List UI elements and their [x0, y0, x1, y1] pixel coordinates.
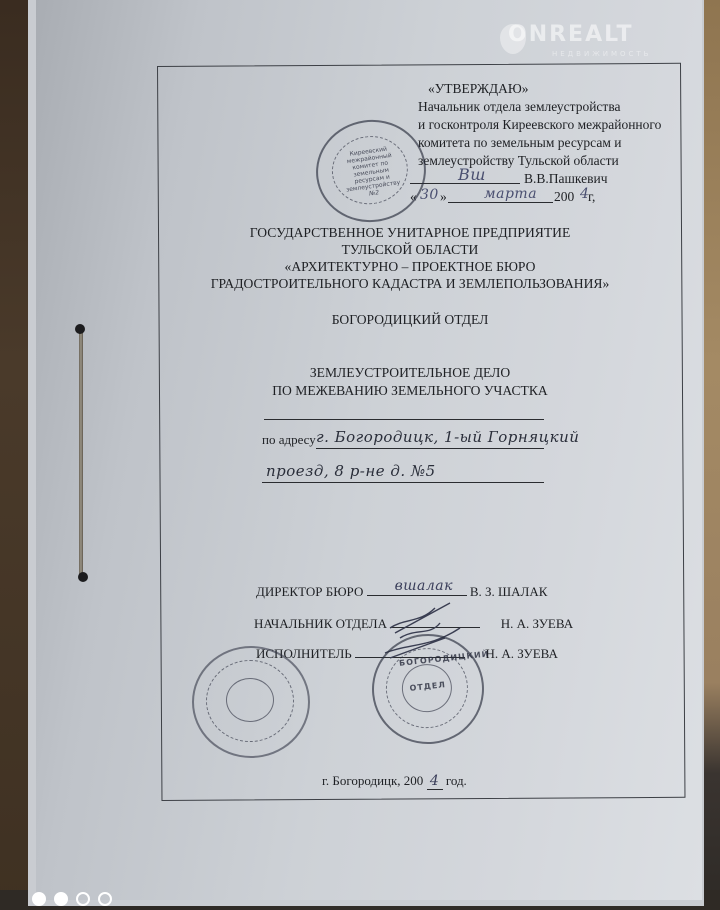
signature-role: НАЧАЛЬНИК ОТДЕЛА [254, 616, 387, 631]
stamp-bottom-left-center [226, 678, 274, 722]
approval-date-line: « 30 » марта 200 4 г, [418, 188, 661, 206]
org-line: ГРАДОСТРОИТЕЛЬНОГО КАДАСТРА И ЗЕМЛЕПОЛЬЗ… [190, 275, 630, 292]
approval-line: комитета по земельным ресурсам и [418, 134, 661, 152]
approval-signature-line: Вш В.В.Пашкевич [418, 170, 661, 188]
approval-line: землеустройству Тульской области [418, 152, 661, 170]
address-rule-2 [262, 482, 544, 483]
binding-hole-top [75, 324, 85, 334]
carousel-dot-3[interactable] [76, 892, 90, 906]
signature-name: Н. А. ЗУЕВА [486, 646, 558, 661]
address-handwritten-line1: г. Богородицк, 1-ый Горняцкий [316, 428, 579, 446]
approval-block: «УТВЕРЖДАЮ» Начальник отдела землеустрой… [418, 80, 661, 206]
address-handwritten-line2: проезд, 8 р-не д. №5 [266, 462, 436, 480]
address-label: по адресу [262, 432, 316, 448]
signature-role: ДИРЕКТОР БЮРО [256, 584, 363, 599]
date-year-prefix: 200 [554, 188, 574, 206]
signature-handwritten: вшалак [395, 578, 453, 594]
signature-name: В. З. ШАЛАК [470, 584, 548, 599]
org-line: «АРХИТЕКТУРНО – ПРОЕКТНОЕ БЮРО [190, 258, 630, 275]
address-rule-1 [316, 448, 544, 449]
binding-hole-bottom [78, 572, 88, 582]
date-quote-close: » [440, 188, 447, 206]
binding-string [79, 328, 83, 578]
date-day: 30 [420, 186, 439, 204]
blank-rule [264, 419, 544, 420]
watermark-brand: ONREALT [508, 22, 634, 47]
document-footer: г. Богородицк, 200 4 год. [322, 773, 467, 790]
carousel-dot-4[interactable] [98, 892, 112, 906]
stamp-top-text: Киреевский межрайонный комитет по земель… [333, 143, 409, 201]
approval-heading: «УТВЕРЖДАЮ» [418, 80, 661, 98]
stamp-bottom-left [192, 646, 310, 758]
footer-year: 4 [427, 773, 443, 790]
carousel-dot-1[interactable] [32, 892, 46, 906]
footer-prefix: г. Богородицк, 200 [322, 773, 423, 788]
approval-handwritten-signature: Вш [458, 166, 486, 184]
case-title-line: ЗЕМЛЕУСТРОИТЕЛЬНОЕ ДЕЛО [190, 364, 630, 382]
footer-suffix: год. [446, 773, 467, 788]
signature-underline: вшалак [367, 583, 467, 596]
org-line: ТУЛЬСКОЙ ОБЛАСТИ [190, 241, 630, 258]
watermark-subtitle: НЕДВИЖИМОСТЬ [552, 50, 652, 58]
case-title-line: ПО МЕЖЕВАНИЮ ЗЕМЕЛЬНОГО УЧАСТКА [190, 382, 630, 400]
carousel-pagination [32, 892, 112, 906]
signature-name: Н. А. ЗУЕВА [501, 616, 573, 631]
carousel-dot-2[interactable] [54, 892, 68, 906]
department-title: БОГОРОДИЦКИЙ ОТДЕЛ [190, 312, 630, 328]
approval-line: Начальник отдела землеустройства [418, 98, 661, 116]
case-title: ЗЕМЛЕУСТРОИТЕЛЬНОЕ ДЕЛО ПО МЕЖЕВАНИЮ ЗЕМ… [190, 364, 630, 400]
organization-header: ГОСУДАРСТВЕННОЕ УНИТАРНОЕ ПРЕДПРИЯТИЕ ТУ… [190, 224, 630, 292]
date-month: марта [484, 185, 537, 203]
approval-line: и госконтроля Киреевского межрайонного [418, 116, 661, 134]
org-line: ГОСУДАРСТВЕННОЕ УНИТАРНОЕ ПРЕДПРИЯТИЕ [190, 224, 630, 241]
date-suffix: г, [588, 188, 595, 206]
